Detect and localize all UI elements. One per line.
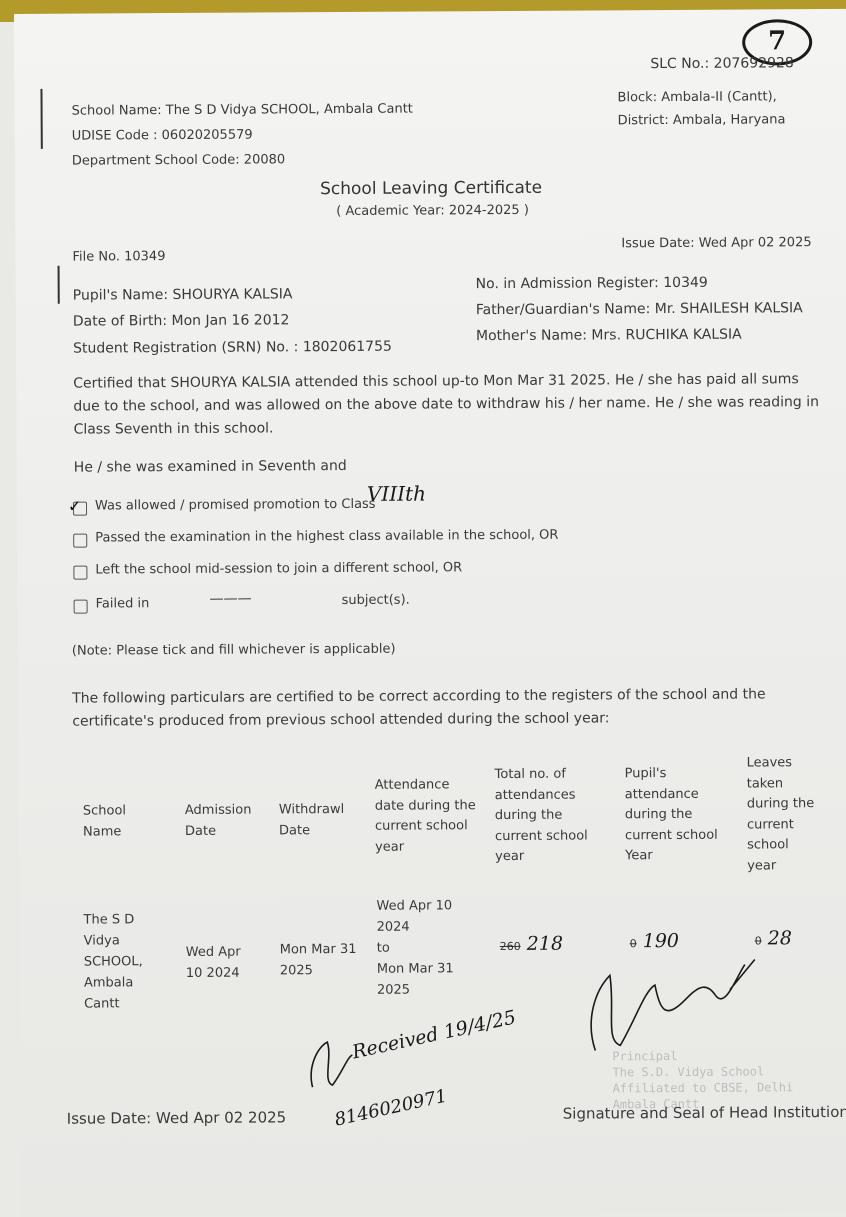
cell-attendance-dates: Wed Apr 102024toMon Mar 312025 [376, 895, 453, 1000]
pupil-name: Pupil's Name: SHOURYA KALSIA [73, 286, 293, 303]
examined-statement: He / she was examined in Seventh and [74, 458, 347, 476]
header-school-name: SchoolName [83, 801, 126, 842]
margin-mark [40, 89, 42, 149]
failed-suffix: subject(s). [342, 593, 410, 608]
particulars-line-2: certificate's produced from previous sch… [72, 710, 609, 729]
left-mid-session-checkbox[interactable] [73, 566, 87, 580]
certification-line-2: due to the school, and was allowed on th… [73, 394, 819, 415]
margin-mark [58, 266, 60, 304]
udise-code: UDISE Code : 06020205579 [72, 128, 253, 144]
slc-number: SLC No.: 207692928 [650, 55, 794, 72]
header-total-attendances: Total no. ofattendancesduring thecurrent… [495, 765, 588, 868]
particulars-line-1: The following particulars are certified … [72, 686, 766, 706]
certificate-title: School Leaving Certificate [320, 178, 542, 199]
header-admission-date: AdmissionDate [185, 801, 252, 842]
attendance-table: SchoolName AdmissionDate WithdrawlDate A… [14, 9, 846, 14]
promotion-class-handwritten: VIIIth [367, 481, 426, 505]
option-promotion[interactable]: Was allowed / promised promotion to Clas… [14, 9, 846, 14]
option-left-mid-session[interactable]: Left the school mid-session to join a di… [14, 9, 846, 14]
certification-line-1: Certified that SHOURYA KALSIA attended t… [73, 371, 799, 391]
failed-label: Failed in [96, 596, 150, 611]
received-note: Received 19/4/25 [350, 1006, 518, 1063]
school-name: School Name: The S D Vidya SCHOOL, Ambal… [72, 102, 413, 119]
cell-pupil-attendance: 0 190 [630, 930, 679, 952]
certificate-page: 7 SLC No.: 207692928 School Name: The S … [14, 9, 846, 1217]
issue-date-top: Issue Date: Wed Apr 02 2025 [621, 235, 811, 251]
failed-subjects-handwritten: ——— [210, 591, 252, 607]
date-of-birth: Date of Birth: Mon Jan 16 2012 [73, 312, 290, 329]
srn-number: Student Registration (SRN) No. : 1802061… [73, 339, 392, 357]
academic-year: ( Academic Year: 2024-2025 ) [336, 203, 529, 219]
header-leaves-taken: Leavestakenduring thecurrentschoolyear [747, 753, 815, 876]
signature-label: Signature and Seal of Head Institution [563, 1103, 846, 1123]
certification-line-3: Class Seventh in this school. [73, 420, 273, 437]
mother-name: Mother's Name: Mrs. RUCHIKA KALSIA [476, 327, 742, 345]
leaves-struck: 0 [755, 934, 762, 947]
cell-withdrawl-date: Mon Mar 312025 [280, 939, 357, 981]
cell-admission-date: Wed Apr10 2024 [186, 942, 241, 984]
header-pupil-attendance: Pupil'sattendanceduring thecurrent schoo… [625, 764, 718, 867]
failed-checkbox[interactable] [74, 600, 88, 614]
district: District: Ambala, Haryana [618, 112, 786, 128]
issue-date-bottom: Issue Date: Wed Apr 02 2025 [67, 1108, 287, 1127]
total-attendances-struck: 260 [500, 940, 521, 953]
cell-total-attendances: 260 218 [500, 933, 563, 955]
option-passed-highest[interactable]: Passed the examination in the highest cl… [14, 9, 846, 14]
passed-highest-label: Passed the examination in the highest cl… [95, 528, 558, 546]
block: Block: Ambala-II (Cantt), [617, 89, 776, 105]
promotion-checkbox[interactable] [73, 502, 87, 516]
left-mid-session-label: Left the school mid-session to join a di… [95, 560, 462, 577]
header-withdrawl-date: WithdrawlDate [279, 800, 345, 841]
principal-signature [565, 949, 766, 1060]
passed-highest-checkbox[interactable] [73, 534, 87, 548]
father-name: Father/Guardian's Name: Mr. SHAILESH KAL… [476, 300, 803, 318]
cell-leaves-taken: 0 28 [755, 927, 792, 949]
promotion-label: Was allowed / promised promotion to Clas… [95, 497, 376, 514]
file-number: File No. 10349 [72, 249, 165, 265]
department-school-code: Department School Code: 20080 [72, 152, 285, 168]
header-attendance-date: Attendancedate during thecurrent schooly… [375, 775, 476, 858]
applicability-note: (Note: Please tick and fill whichever is… [72, 642, 396, 659]
cell-school-name: The S DVidyaSCHOOL,AmbalaCantt [83, 909, 143, 1014]
option-failed[interactable]: Failed in ——— subject(s). [14, 9, 846, 14]
admission-register-number: No. in Admission Register: 10349 [476, 275, 708, 292]
pupil-attendance-struck: 0 [630, 937, 637, 950]
